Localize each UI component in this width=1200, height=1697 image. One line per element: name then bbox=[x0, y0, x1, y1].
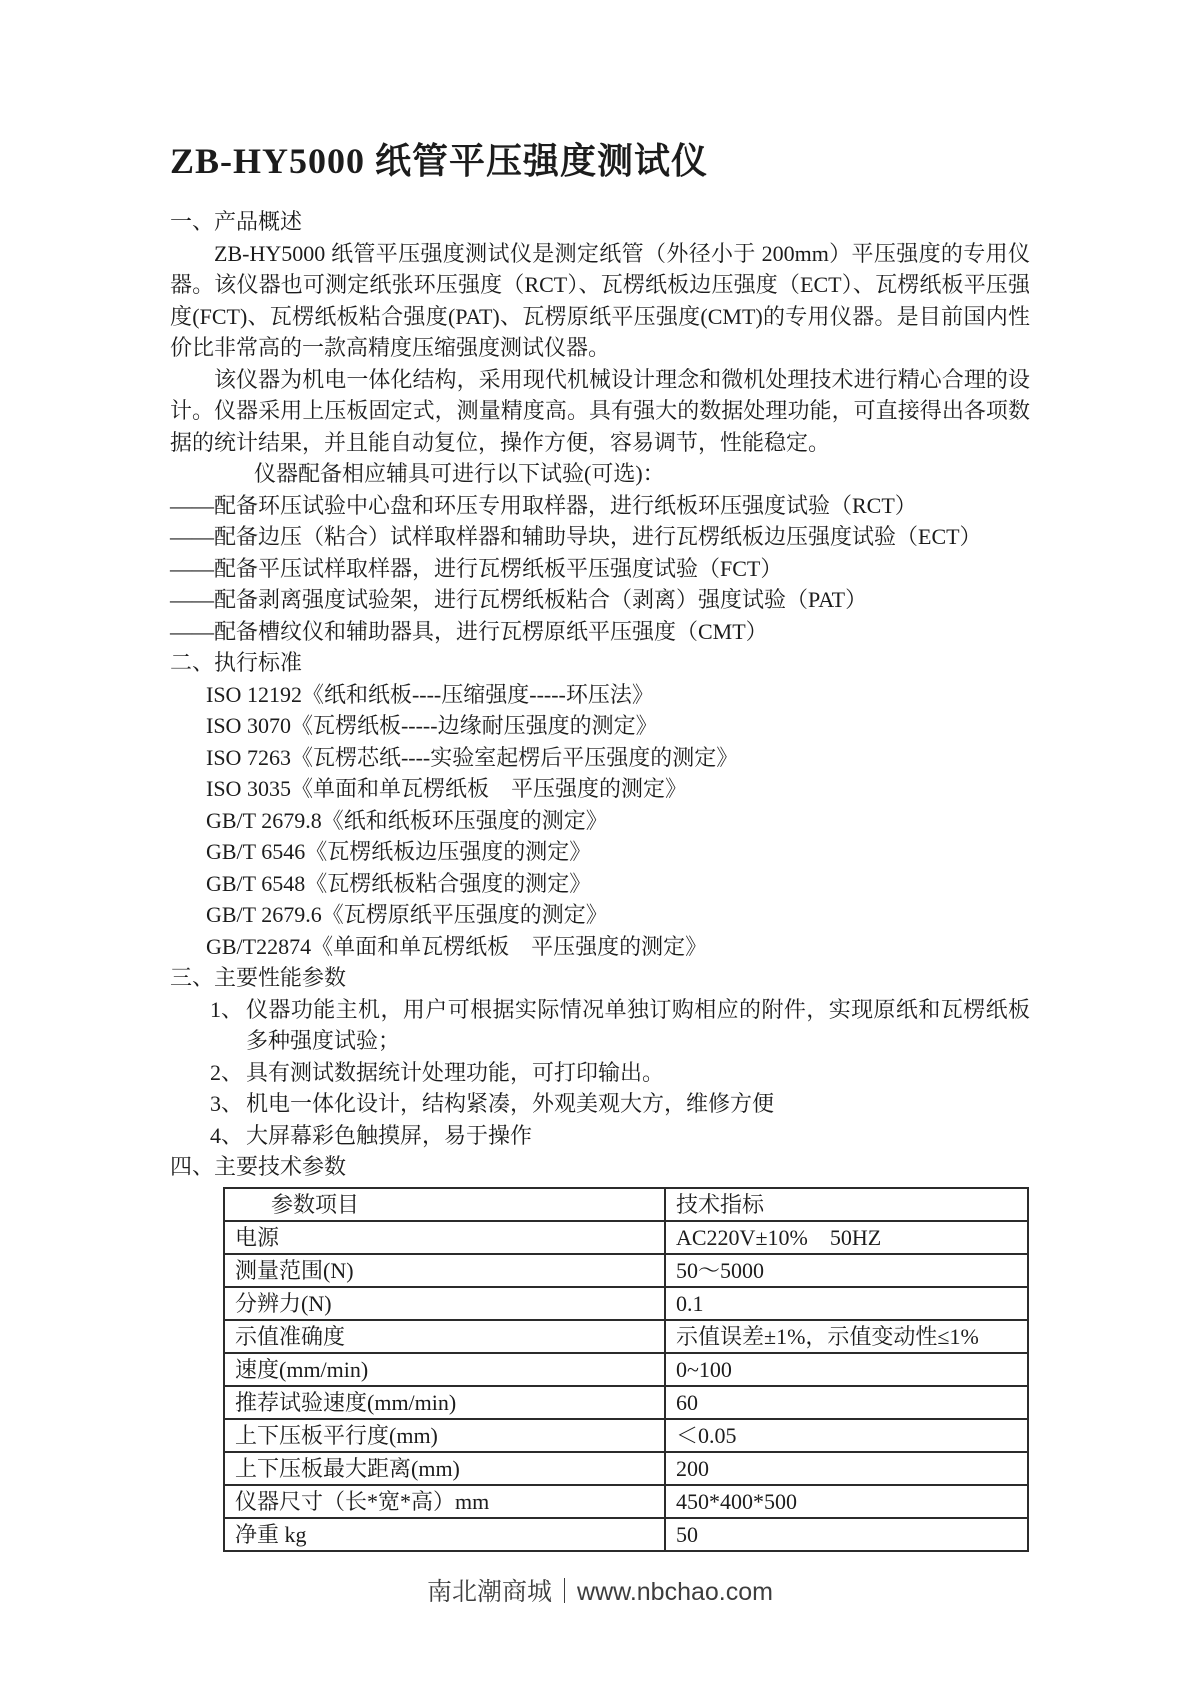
table-cell-value: AC220V±10% 50HZ bbox=[665, 1221, 1028, 1254]
item-number: 3、 bbox=[210, 1088, 246, 1120]
table-cell-value: 450*400*500 bbox=[665, 1485, 1028, 1518]
standard-line: GB/T 6546《瓦楞纸板边压强度的测定》 bbox=[206, 836, 1030, 868]
table-cell-param: 示值准确度 bbox=[224, 1320, 665, 1353]
page-title: ZB-HY5000 纸管平压强度测试仪 bbox=[170, 140, 1030, 182]
table-cell-value: ＜0.05 bbox=[665, 1419, 1028, 1452]
standard-line: ISO 12192《纸和纸板----压缩强度-----环压法》 bbox=[206, 679, 1030, 711]
section-heading-tech: 四、主要技术参数 bbox=[170, 1151, 1030, 1183]
option-line-rct: ——配备环压试验中心盘和环压专用取样器，进行纸板环压强度试验（RCT） bbox=[170, 490, 1030, 522]
option-line-fct: ——配备平压试样取样器，进行瓦楞纸板平压强度试验（FCT） bbox=[170, 553, 1030, 585]
table-cell-param: 净重 kg bbox=[224, 1518, 665, 1551]
overview-paragraph-2: 该仪器为机电一体化结构，采用现代机械设计理念和微机处理技术进行精心合理的设计。仪… bbox=[170, 364, 1030, 459]
spec-table: 参数项目 技术指标 电源 AC220V±10% 50HZ 测量范围(N) 50～… bbox=[223, 1187, 1029, 1552]
document-page: ZB-HY5000 纸管平压强度测试仪 一、产品概述 ZB-HY5000 纸管平… bbox=[0, 0, 1200, 1697]
overview-paragraph-1: ZB-HY5000 纸管平压强度测试仪是测定纸管（外径小于 200mm）平压强度… bbox=[170, 238, 1030, 364]
table-header-row: 参数项目 技术指标 bbox=[224, 1188, 1028, 1221]
standard-line: GB/T22874《单面和单瓦楞纸板 平压强度的测定》 bbox=[206, 931, 1030, 963]
table-cell-param: 测量范围(N) bbox=[224, 1254, 665, 1287]
table-cell-param: 上下压板平行度(mm) bbox=[224, 1419, 665, 1452]
performance-item: 1、 仪器功能主机，用户可根据实际情况单独订购相应的附件，实现原纸和瓦楞纸板多种… bbox=[210, 994, 1030, 1057]
table-row: 测量范围(N) 50～5000 bbox=[224, 1254, 1028, 1287]
performance-item: 2、 具有测试数据统计处理功能，可打印输出。 bbox=[210, 1057, 1030, 1089]
table-cell-param: 电源 bbox=[224, 1221, 665, 1254]
table-cell-param: 速度(mm/min) bbox=[224, 1353, 665, 1386]
performance-item: 4、 大屏幕彩色触摸屏，易于操作 bbox=[210, 1120, 1030, 1152]
item-text: 大屏幕彩色触摸屏，易于操作 bbox=[246, 1120, 1030, 1152]
table-cell-param: 推荐试验速度(mm/min) bbox=[224, 1386, 665, 1419]
table-row: 上下压板平行度(mm) ＜0.05 bbox=[224, 1419, 1028, 1452]
option-line-cmt: ——配备槽纹仪和辅助器具，进行瓦楞原纸平压强度（CMT） bbox=[170, 616, 1030, 648]
table-row: 分辨力(N) 0.1 bbox=[224, 1287, 1028, 1320]
standard-line: GB/T 2679.8《纸和纸板环压强度的测定》 bbox=[206, 805, 1030, 837]
standard-line: ISO 3035《单面和单瓦楞纸板 平压强度的测定》 bbox=[206, 773, 1030, 805]
table-cell-value: 200 bbox=[665, 1452, 1028, 1485]
section-heading-standards: 二、执行标准 bbox=[170, 647, 1030, 679]
table-header-cell-param: 参数项目 bbox=[224, 1188, 665, 1221]
table-cell-value: 0~100 bbox=[665, 1353, 1028, 1386]
section-heading-overview: 一、产品概述 bbox=[170, 206, 1030, 238]
section-heading-performance: 三、主要性能参数 bbox=[170, 962, 1030, 994]
table-cell-value: 示值误差±1%，示值变动性≤1% bbox=[665, 1320, 1028, 1353]
table-row: 示值准确度 示值误差±1%，示值变动性≤1% bbox=[224, 1320, 1028, 1353]
standard-line: ISO 3070《瓦楞纸板-----边缘耐压强度的测定》 bbox=[206, 710, 1030, 742]
standard-line: ISO 7263《瓦楞芯纸----实验室起楞后平压强度的测定》 bbox=[206, 742, 1030, 774]
table-cell-param: 上下压板最大距离(mm) bbox=[224, 1452, 665, 1485]
item-text: 仪器功能主机，用户可根据实际情况单独订购相应的附件，实现原纸和瓦楞纸板多种强度试… bbox=[246, 994, 1030, 1057]
standard-line: GB/T 2679.6《瓦楞原纸平压强度的测定》 bbox=[206, 899, 1030, 931]
table-cell-param: 仪器尺寸（长*宽*高）mm bbox=[224, 1485, 665, 1518]
item-text: 具有测试数据统计处理功能，可打印输出。 bbox=[246, 1057, 1030, 1089]
item-number: 2、 bbox=[210, 1057, 246, 1089]
table-row: 推荐试验速度(mm/min) 60 bbox=[224, 1386, 1028, 1419]
item-text: 机电一体化设计，结构紧凑，外观美观大方，维修方便 bbox=[246, 1088, 1030, 1120]
footer-text: 南北潮商城｜www.nbchao.com bbox=[0, 1572, 1200, 1608]
table-cell-value: 0.1 bbox=[665, 1287, 1028, 1320]
table-cell-value: 50～5000 bbox=[665, 1254, 1028, 1287]
option-line-ect: ——配备边压（粘合）试样取样器和辅助导块，进行瓦楞纸板边压强度试验（ECT） bbox=[170, 521, 1030, 553]
standard-line: GB/T 6548《瓦楞纸板粘合强度的测定》 bbox=[206, 868, 1030, 900]
options-intro: 仪器配备相应辅具可进行以下试验(可选)： bbox=[254, 458, 1030, 490]
table-cell-param: 分辨力(N) bbox=[224, 1287, 665, 1320]
table-row: 净重 kg 50 bbox=[224, 1518, 1028, 1551]
table-row: 仪器尺寸（长*宽*高）mm 450*400*500 bbox=[224, 1485, 1028, 1518]
table-header-cell-value: 技术指标 bbox=[665, 1188, 1028, 1221]
performance-item: 3、 机电一体化设计，结构紧凑，外观美观大方，维修方便 bbox=[210, 1088, 1030, 1120]
table-row: 上下压板最大距离(mm) 200 bbox=[224, 1452, 1028, 1485]
document-content: ZB-HY5000 纸管平压强度测试仪 一、产品概述 ZB-HY5000 纸管平… bbox=[170, 140, 1030, 1552]
table-cell-value: 60 bbox=[665, 1386, 1028, 1419]
item-number: 1、 bbox=[210, 994, 246, 1057]
table-row: 电源 AC220V±10% 50HZ bbox=[224, 1221, 1028, 1254]
item-number: 4、 bbox=[210, 1120, 246, 1152]
option-line-pat: ——配备剥离强度试验架，进行瓦楞纸板粘合（剥离）强度试验（PAT） bbox=[170, 584, 1030, 616]
table-cell-value: 50 bbox=[665, 1518, 1028, 1551]
table-row: 速度(mm/min) 0~100 bbox=[224, 1353, 1028, 1386]
